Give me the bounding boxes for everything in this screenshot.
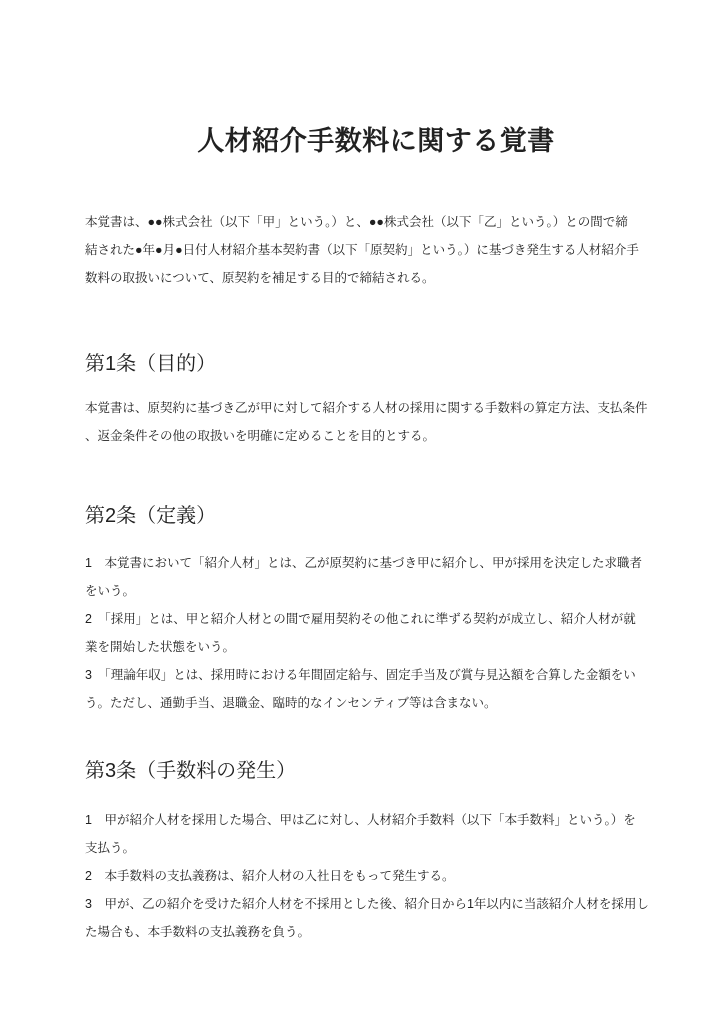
section-3-item-1: 1 甲が紹介人材を採用した場合、甲は乙に対し、人材紹介手数料（以下「本手数料」と… bbox=[85, 806, 667, 862]
section-3-heading: 第3条（手数料の発生） bbox=[85, 756, 667, 786]
document-title: 人材紹介手数料に関する覚書 bbox=[85, 123, 667, 159]
section-1-heading: 第1条（目的） bbox=[85, 349, 667, 379]
section-article-1: 第1条（目的） 本覚書は、原契約に基づき乙が甲に対して紹介する人材の採用に関する… bbox=[85, 349, 667, 450]
document-content: 人材紹介手数料に関する覚書 本覚書は、●●株式会社（以下「甲」という。）と、●●… bbox=[85, 123, 667, 946]
section-3-item-2: 2 本手数料の支払義務は、紹介人材の入社日をもって発生する。 bbox=[85, 862, 667, 890]
section-article-2: 第2条（定義） 1 本覚書において「紹介人材」とは、乙が原契約に基づき甲に紹介し… bbox=[85, 501, 667, 717]
section-2-item-2: 2 「採用」とは、甲と紹介人材との間で雇用契約その他これに準ずる契約が成立し、紹… bbox=[85, 605, 667, 661]
section-2-item-3: 3 「理論年収」とは、採用時における年間固定給与、固定手当及び賞与見込額を合算し… bbox=[85, 661, 667, 717]
section-1-paragraph: 本覚書は、原契約に基づき乙が甲に対して紹介する人材の採用に関する手数料の算定方法… bbox=[85, 394, 667, 450]
section-article-3: 第3条（手数料の発生） 1 甲が紹介人材を採用した場合、甲は乙に対し、人材紹介手… bbox=[85, 756, 667, 946]
intro-paragraph: 本覚書は、●●株式会社（以下「甲」という。）と、●●株式会社（以下「乙」という。… bbox=[85, 208, 667, 292]
section-2-item-1: 1 本覚書において「紹介人材」とは、乙が原契約に基づき甲に紹介し、甲が採用を決定… bbox=[85, 549, 667, 605]
document-page: 人材紹介手数料に関する覚書 本覚書は、●●株式会社（以下「甲」という。）と、●●… bbox=[0, 0, 724, 1024]
section-3-item-3: 3 甲が、乙の紹介を受けた紹介人材を不採用とした後、紹介日から1年以内に当該紹介… bbox=[85, 890, 667, 946]
section-2-heading: 第2条（定義） bbox=[85, 501, 667, 531]
